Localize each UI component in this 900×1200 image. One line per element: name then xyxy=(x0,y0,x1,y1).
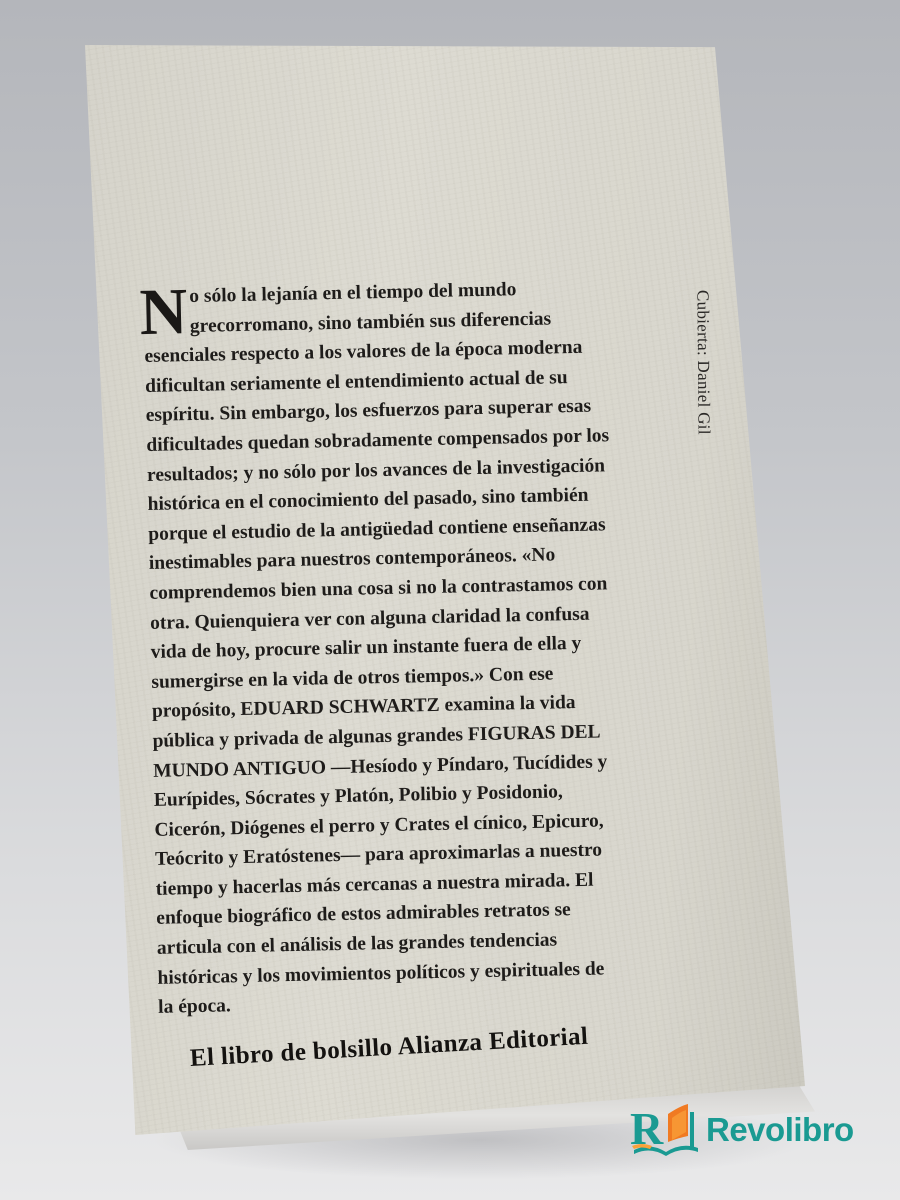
cover-design-credit: Cubierta: Daniel Gil xyxy=(692,290,713,435)
back-cover-blurb: N o sólo la lejanía en el tiempo del mun… xyxy=(143,273,658,1023)
revolibro-wordmark: Revolibro xyxy=(706,1111,854,1149)
revolibro-logo-icon: R xyxy=(628,1102,704,1158)
drop-cap-letter: N xyxy=(139,284,188,341)
revolibro-watermark: R Revolibro xyxy=(628,1102,854,1158)
